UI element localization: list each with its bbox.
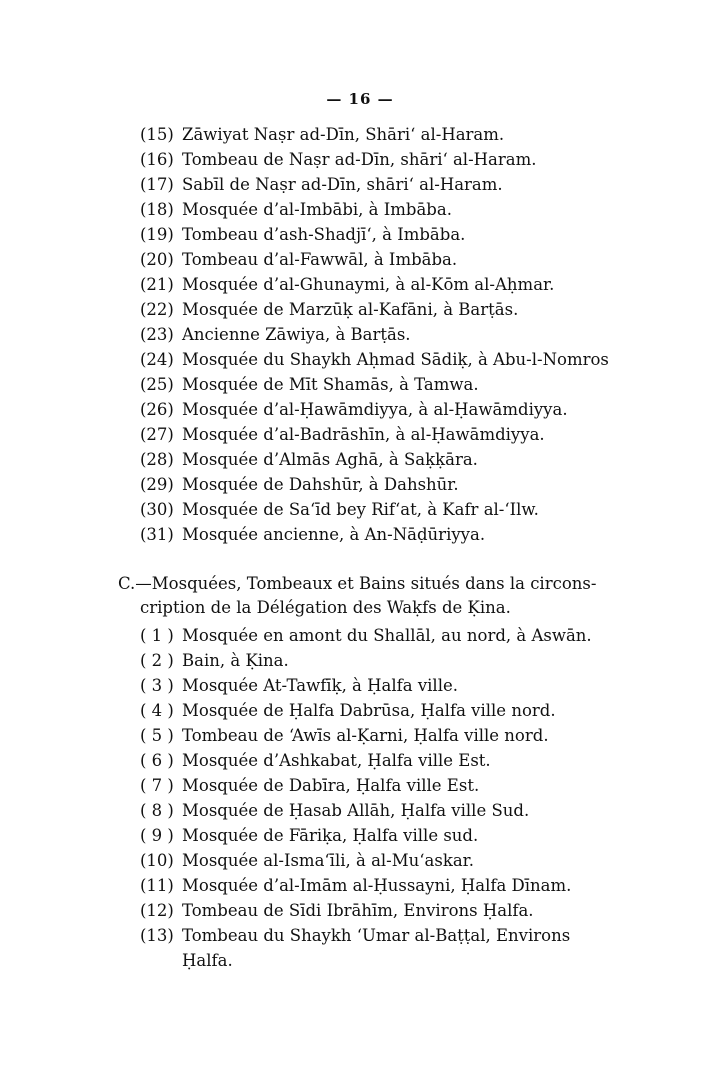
entry-text: Mosquée d’Ashkabat, Ḥalfa ville Est. (182, 748, 620, 773)
entry-text: Mosquée al-Isma‘īli, à al-Mu‘askar. (182, 848, 620, 873)
entry-number: (15) (140, 122, 182, 147)
entry-number: (11) (140, 873, 182, 898)
entry-text: Tombeau du Shaykh ‘Umar al-Baṭṭal, Envir… (182, 923, 620, 973)
entry-number: ( 5 ) (140, 723, 182, 748)
entry-text: Bain, à Ḳina. (182, 648, 620, 673)
list-item: (30)Mosquée de Sa‘īd bey Rif‘at, à Kafr … (140, 497, 620, 522)
list-item: ( 2 )Bain, à Ḳina. (140, 648, 620, 673)
entry-text: Mosquée d’al-Imām al-Ḥussayni, Ḥalfa Dīn… (182, 873, 620, 898)
entry-text: Mosquée d’al-Imbābi, à Imbāba. (182, 197, 620, 222)
entry-number: (18) (140, 197, 182, 222)
entry-text: Mosquée At-Tawfīḳ, à Ḥalfa ville. (182, 673, 620, 698)
entry-number: (13) (140, 923, 182, 973)
entry-number: (31) (140, 522, 182, 547)
entry-text: Mosquée en amont du Shallāl, au nord, à … (182, 623, 620, 648)
list-item: ( 5 )Tombeau de ‘Awīs al-Ḳarni, Ḥalfa vi… (140, 723, 620, 748)
list-item: (31)Mosquée ancienne, à An-Nāḍūriyya. (140, 522, 620, 547)
list-item: (25)Mosquée de Mīt Shamās, à Tamwa. (140, 372, 620, 397)
entry-number: (12) (140, 898, 182, 923)
list-item: (21)Mosquée d’al-Ghunaymi, à al-Kōm al-A… (140, 272, 620, 297)
list-item: (18)Mosquée d’al-Imbābi, à Imbāba. (140, 197, 620, 222)
entry-number: (25) (140, 372, 182, 397)
entry-text: Mosquée de Ḥalfa Dabrūsa, Ḥalfa ville no… (182, 698, 620, 723)
entry-number: (21) (140, 272, 182, 297)
list-item: (13)Tombeau du Shaykh ‘Umar al-Baṭṭal, E… (140, 923, 620, 973)
entry-number: (22) (140, 297, 182, 322)
list-item: (15)Zāwiyat Naṣr ad-Dīn, Shāri‘ al-Haram… (140, 122, 620, 147)
section-heading-line1: C.—Mosquées, Tombeaux et Bains situés da… (118, 574, 596, 593)
entry-text: Mosquée d’Almās Aghā, à Saḳḳāra. (182, 447, 620, 472)
list-item: (10)Mosquée al-Isma‘īli, à al-Mu‘askar. (140, 848, 620, 873)
entry-number: ( 9 ) (140, 823, 182, 848)
entry-number: (28) (140, 447, 182, 472)
list-item: (22)Mosquée de Marzūḳ al-Kafāni, à Barṭā… (140, 297, 620, 322)
list-item: (19)Tombeau d’ash-Shadjī‘, à Imbāba. (140, 222, 620, 247)
list-item: (17)Sabīl de Naṣr ad-Dīn, shāri‘ al-Hara… (140, 172, 620, 197)
entry-number: (26) (140, 397, 182, 422)
entry-number: ( 2 ) (140, 648, 182, 673)
entry-text: Mosquée de Mīt Shamās, à Tamwa. (182, 372, 620, 397)
entry-text: Tombeau de Sīdi Ibrāhīm, Environs Ḥalfa. (182, 898, 620, 923)
entry-number: (29) (140, 472, 182, 497)
list-item: ( 1 )Mosquée en amont du Shallāl, au nor… (140, 623, 620, 648)
entry-text: Mosquée de Fāriḳa, Ḥalfa ville sud. (182, 823, 620, 848)
list-item: ( 6 )Mosquée d’Ashkabat, Ḥalfa ville Est… (140, 748, 620, 773)
list-item: ( 8 )Mosquée de Ḥasab Allāh, Ḥalfa ville… (140, 798, 620, 823)
section-heading: C.—Mosquées, Tombeaux et Bains situés da… (118, 572, 613, 620)
entry-text: Tombeau de Naṣr ad-Dīn, shāri‘ al-Haram. (182, 147, 620, 172)
list-item: (26)Mosquée d’al-Ḥawāmdiyya, à al-Ḥawāmd… (140, 397, 620, 422)
entry-text: Mosquée de Sa‘īd bey Rif‘at, à Kafr al-‘… (182, 497, 620, 522)
list-item: (28)Mosquée d’Almās Aghā, à Saḳḳāra. (140, 447, 620, 472)
entry-text: Mosquée du Shaykh Aḥmad Sādiḳ, à Abu-l-N… (182, 347, 620, 372)
entry-number: ( 1 ) (140, 623, 182, 648)
entry-number: (27) (140, 422, 182, 447)
list-item: (20)Tombeau d’al-Fawwāl, à Imbāba. (140, 247, 620, 272)
entry-number: ( 3 ) (140, 673, 182, 698)
list-item: ( 3 )Mosquée At-Tawfīḳ, à Ḥalfa ville. (140, 673, 620, 698)
entry-number: ( 6 ) (140, 748, 182, 773)
list-item: (24)Mosquée du Shaykh Aḥmad Sādiḳ, à Abu… (140, 347, 620, 372)
entry-number: (30) (140, 497, 182, 522)
entry-text: Tombeau de ‘Awīs al-Ḳarni, Ḥalfa ville n… (182, 723, 620, 748)
entry-text: Mosquée d’al-Ghunaymi, à al-Kōm al-Aḥmar… (182, 272, 620, 297)
entry-number: (16) (140, 147, 182, 172)
list-item: ( 4 )Mosquée de Ḥalfa Dabrūsa, Ḥalfa vil… (140, 698, 620, 723)
entry-text: Mosquée de Ḥasab Allāh, Ḥalfa ville Sud. (182, 798, 620, 823)
list-item: (12)Tombeau de Sīdi Ibrāhīm, Environs Ḥa… (140, 898, 620, 923)
entry-number: (20) (140, 247, 182, 272)
entry-list-c: ( 1 )Mosquée en amont du Shallāl, au nor… (140, 623, 620, 973)
entry-text: Mosquée d’al-Ḥawāmdiyya, à al-Ḥawāmdiyya… (182, 397, 620, 422)
entry-text: Tombeau d’al-Fawwāl, à Imbāba. (182, 247, 620, 272)
entry-text: Ancienne Zāwiya, à Barṭās. (182, 322, 620, 347)
list-item: (29)Mosquée de Dahshūr, à Dahshūr. (140, 472, 620, 497)
list-item: (11)Mosquée d’al-Imām al-Ḥussayni, Ḥalfa… (140, 873, 620, 898)
entry-text: Mosquée de Marzūḳ al-Kafāni, à Barṭās. (182, 297, 620, 322)
entry-number: ( 7 ) (140, 773, 182, 798)
entry-number: ( 8 ) (140, 798, 182, 823)
entry-text: Mosquée de Dabīra, Ḥalfa ville Est. (182, 773, 620, 798)
list-item: (23)Ancienne Zāwiya, à Barṭās. (140, 322, 620, 347)
list-item: (27)Mosquée d’al-Badrāshīn, à al-Ḥawāmdi… (140, 422, 620, 447)
page-number: — 16 — (0, 90, 720, 108)
entry-number: (10) (140, 848, 182, 873)
entry-text: Mosquée ancienne, à An-Nāḍūriyya. (182, 522, 620, 547)
entry-number: (19) (140, 222, 182, 247)
entry-number: (24) (140, 347, 182, 372)
entry-number: (17) (140, 172, 182, 197)
entry-number: ( 4 ) (140, 698, 182, 723)
entry-text: Zāwiyat Naṣr ad-Dīn, Shāri‘ al-Haram. (182, 122, 620, 147)
entry-list-b: (15)Zāwiyat Naṣr ad-Dīn, Shāri‘ al-Haram… (140, 122, 620, 547)
entry-text: Sabīl de Naṣr ad-Dīn, shāri‘ al-Haram. (182, 172, 620, 197)
section-heading-line2: cription de la Délégation des Waḳfs de Ḳ… (118, 596, 613, 620)
list-item: ( 9 )Mosquée de Fāriḳa, Ḥalfa ville sud. (140, 823, 620, 848)
entry-text: Tombeau d’ash-Shadjī‘, à Imbāba. (182, 222, 620, 247)
entry-number: (23) (140, 322, 182, 347)
list-item: ( 7 )Mosquée de Dabīra, Ḥalfa ville Est. (140, 773, 620, 798)
entry-text: Mosquée d’al-Badrāshīn, à al-Ḥawāmdiyya. (182, 422, 620, 447)
list-item: (16)Tombeau de Naṣr ad-Dīn, shāri‘ al-Ha… (140, 147, 620, 172)
entry-text: Mosquée de Dahshūr, à Dahshūr. (182, 472, 620, 497)
